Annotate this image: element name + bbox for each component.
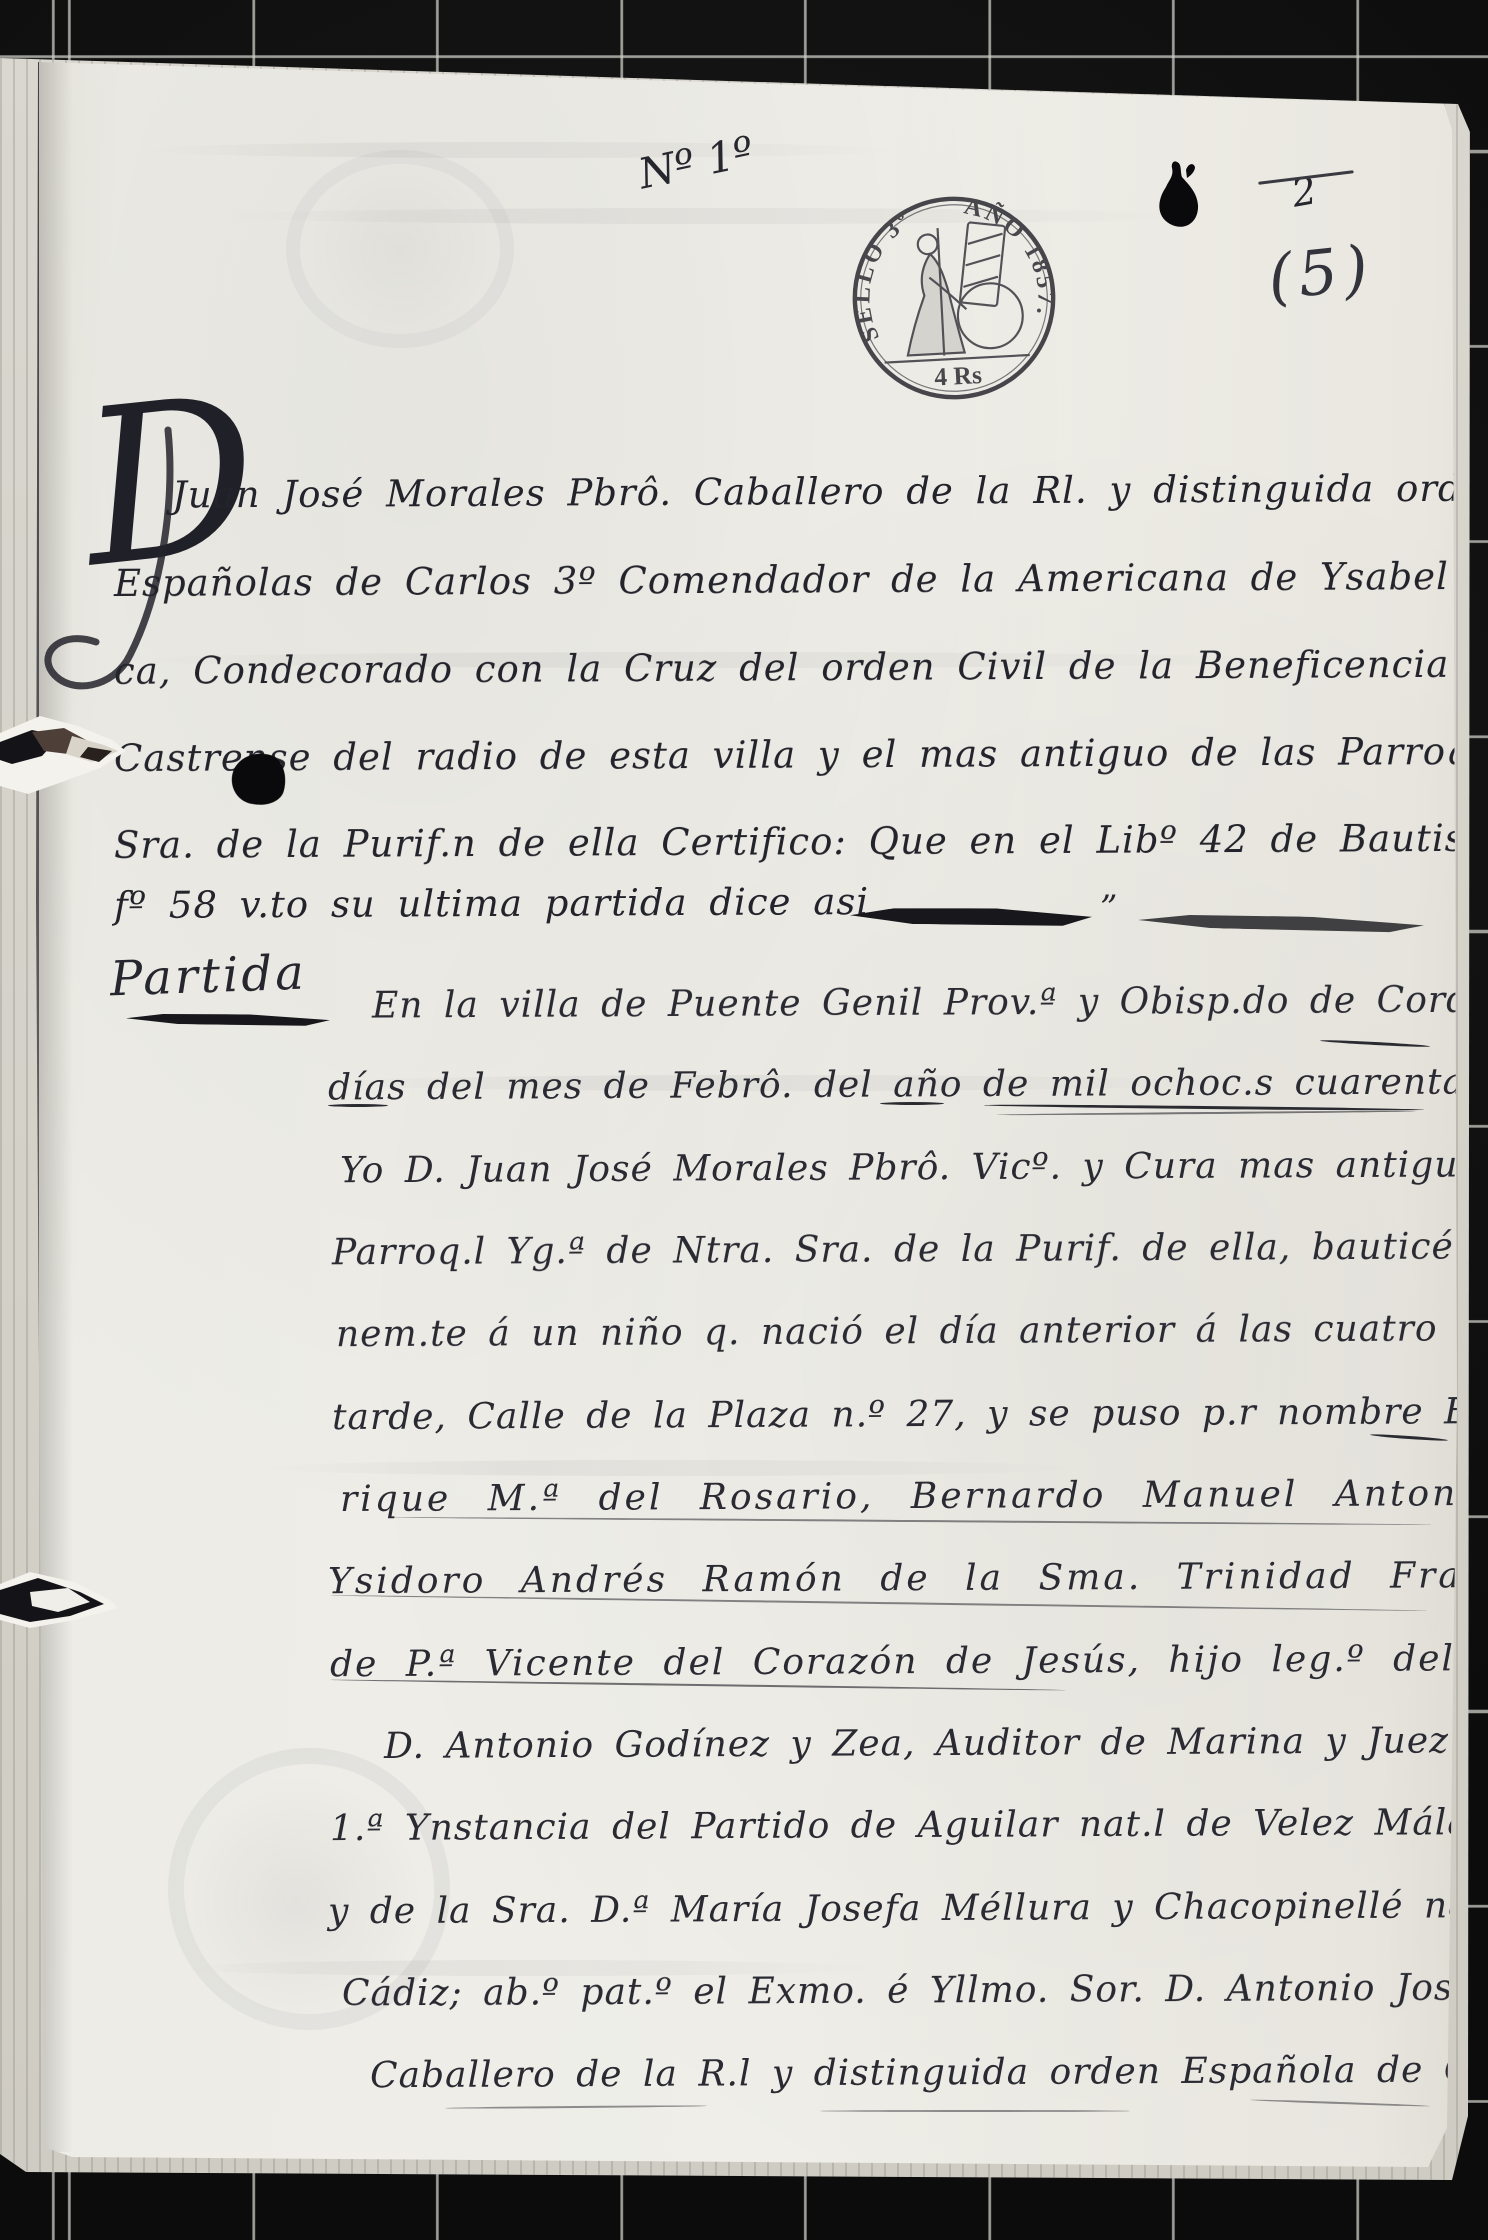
binding-gutter-shadow — [39, 60, 73, 2152]
manuscript-page: Nº 1º SELLO 3º AÑO 1857. — [0, 0, 1488, 2240]
stamp-allegorical-figure — [878, 219, 1030, 362]
preamble-line: fº 58 v.to su ultima partida dice asi — [114, 880, 869, 927]
closing-rule — [445, 2105, 707, 2109]
preamble-line: Españolas de Carlos 3º Comendador de la … — [114, 554, 1488, 605]
underline-flourish — [1370, 1433, 1448, 1441]
ditto-mark: ” — [1100, 888, 1117, 928]
underline-flourish — [880, 1102, 944, 1105]
body-line: Yo D. Juan José Morales Pbrô. Vicº. y Cu… — [340, 1144, 1488, 1192]
body-line: En la villa de Puente Genil Prov.ª y Obi… — [372, 978, 1488, 1026]
stamp-disc — [956, 282, 1024, 350]
stamp-series-text: SELLO 3º — [843, 205, 922, 347]
binding-tear-lower — [0, 1556, 150, 1656]
revenue-stamp: SELLO 3º AÑO 1857. 4 Rs — [840, 184, 1067, 411]
faint-watermark-top — [286, 150, 514, 348]
body-line: nem.te á un niño q. nació el día anterio… — [336, 1308, 1488, 1355]
closing-rule — [1250, 2099, 1430, 2107]
underline-flourish — [996, 1110, 1416, 1116]
body-line: 1.ª Ynstancia del Partido de Aguilar nat… — [330, 1802, 1488, 1849]
binding-tear-upper — [0, 688, 180, 848]
svg-text:SELLO 3º: SELLO 3º — [843, 205, 922, 347]
underline-flourish — [328, 1104, 388, 1107]
preamble-line: Juan José Morales Pbrô. Caballero de la … — [172, 466, 1488, 516]
bleed-through-streak — [260, 1460, 1080, 1476]
body-line: Ysidoro Andrés Ramón de la Sma. Trinidad… — [328, 1555, 1488, 1602]
body-line: de P.ª Vicente del Corazón de Jesús, hij… — [330, 1638, 1488, 1685]
margin-heading-underline — [126, 1012, 330, 1027]
page-number: (5) — [1264, 231, 1377, 315]
folio-number: Nº 1º — [634, 126, 758, 198]
body-line: y de la Sra. D.ª María Josefa Méllura y … — [328, 1885, 1488, 1933]
body-line: D. Antonio Godínez y Zea, Auditor de Mar… — [384, 1720, 1488, 1767]
body-line: Cádiz; ab.º pat.º el Exmo. é Yllmo. Sor.… — [342, 1967, 1488, 2015]
body-line: tarde, Calle de la Plaza n.º 27, y se pu… — [332, 1391, 1488, 1438]
closing-rule — [820, 2110, 1130, 2112]
body-line: Caballero de la R.l y distinguida orden … — [370, 2049, 1488, 2097]
stamp-denomination: 4 Rs — [934, 360, 983, 391]
archival-photo: Nº 1º SELLO 3º AÑO 1857. — [0, 0, 1488, 2240]
body-line: Parroq.l Yg.ª de Ntra. Sra. de la Purif.… — [332, 1226, 1488, 1274]
margin-heading: Partida — [109, 945, 308, 1008]
bleed-through-streak — [140, 142, 900, 158]
closing-dash — [850, 906, 1092, 927]
preamble-line: ca, Condecorado con la Cruz del orden Ci… — [114, 642, 1488, 693]
closing-dash — [1138, 912, 1424, 933]
underline-flourish — [392, 1516, 1432, 1525]
ink-blot-top — [1154, 160, 1206, 236]
body-line: rique M.ª del Rosario, Bernardo Manuel A… — [340, 1473, 1488, 1520]
underline-flourish — [1320, 1039, 1430, 1048]
preamble-line: Castrense del radio de esta villa y el m… — [114, 729, 1488, 780]
preamble-line: Sra. de la Purif.n de ella Certifico: Qu… — [114, 816, 1488, 867]
